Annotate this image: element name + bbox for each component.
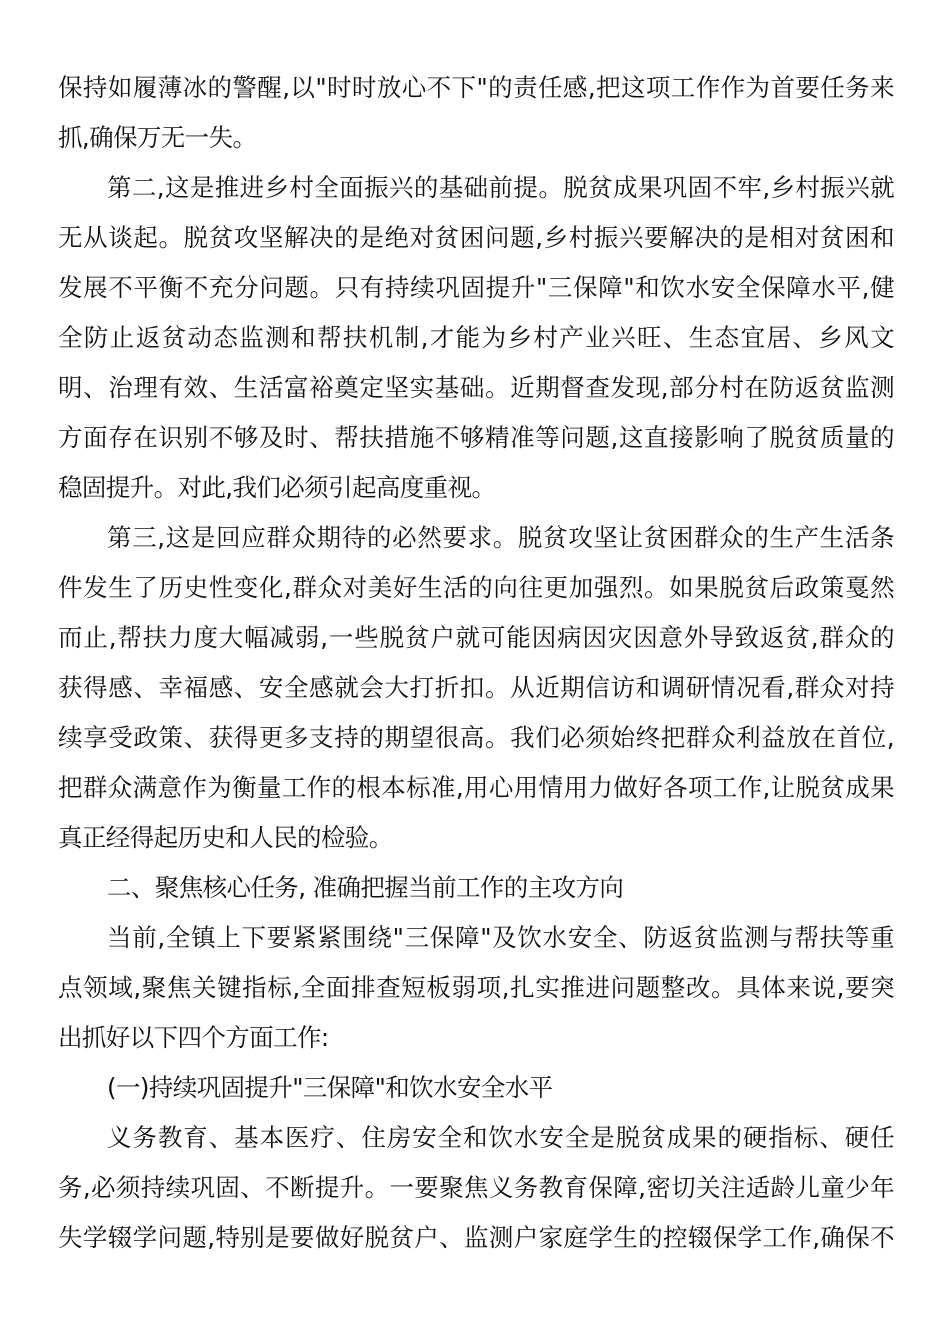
section-heading-2: 二、聚焦核心任务, 准确把握当前工作的主攻方向 xyxy=(58,863,894,913)
text-line: 失学辍学问题,特别是要做好脱贫户、监测户家庭学生的控辍保学工作,确保不 xyxy=(58,1213,894,1263)
text-line: 获得感、幸福感、安全感就会大打折扣。从近期信访和调研情况看,群众对持 xyxy=(58,663,894,713)
text-line: 而止,帮扶力度大幅减弱,一些脱贫户就可能因病因灾因意外导致返贫,群众的 xyxy=(58,613,894,663)
paragraph-third-point: 第三,这是回应群众期待的必然要求。脱贫攻坚让贫困群众的生产生活条 件发生了历史性… xyxy=(58,513,894,863)
subheading-text: (一)持续巩固提升"三保障"和饮水安全水平 xyxy=(58,1063,894,1113)
subheading-1: (一)持续巩固提升"三保障"和饮水安全水平 xyxy=(58,1063,894,1113)
paragraph-continuation: 保持如履薄冰的警醒,以"时时放心不下"的责任感,把这项工作作为首要任务来 抓,确… xyxy=(58,63,894,163)
text-line: 义务教育、基本医疗、住房安全和饮水安全是脱贫成果的硬指标、硬任 xyxy=(58,1113,894,1163)
text-line: 真正经得起历史和人民的检验。 xyxy=(58,813,894,863)
text-line: 续享受政策、获得更多支持的期望很高。我们必须始终把群众利益放在首位, xyxy=(58,713,894,763)
text-line: 务,必须持续巩固、不断提升。一要聚焦义务教育保障,密切关注适龄儿童少年 xyxy=(58,1163,894,1213)
text-line: 把群众满意作为衡量工作的根本标准,用心用情用力做好各项工作,让脱贫成果 xyxy=(58,763,894,813)
text-line: 稳固提升。对此,我们必须引起高度重视。 xyxy=(58,463,894,513)
text-line: 件发生了历史性变化,群众对美好生活的向往更加强烈。如果脱贫后政策戛然 xyxy=(58,563,894,613)
text-line: 抓,确保万无一失。 xyxy=(58,113,894,163)
text-line: 第二,这是推进乡村全面振兴的基础前提。脱贫成果巩固不牢,乡村振兴就 xyxy=(58,163,894,213)
text-line: 发展不平衡不充分问题。只有持续巩固提升"三保障"和饮水安全保障水平,健 xyxy=(58,263,894,313)
paragraph-current-tasks: 当前,全镇上下要紧紧围绕"三保障"及饮水安全、防返贫监测与帮扶等重 点领域,聚焦… xyxy=(58,913,894,1063)
text-line: 明、治理有效、生活富裕奠定坚实基础。近期督查发现,部分村在防返贫监测 xyxy=(58,363,894,413)
text-line: 方面存在识别不够及时、帮扶措施不够精准等问题,这直接影响了脱贫质量的 xyxy=(58,413,894,463)
document-page: 保持如履薄冰的警醒,以"时时放心不下"的责任感,把这项工作作为首要任务来 抓,确… xyxy=(58,63,894,1263)
text-line: 当前,全镇上下要紧紧围绕"三保障"及饮水安全、防返贫监测与帮扶等重 xyxy=(58,913,894,963)
text-line: 出抓好以下四个方面工作: xyxy=(58,1013,894,1063)
text-line: 保持如履薄冰的警醒,以"时时放心不下"的责任感,把这项工作作为首要任务来 xyxy=(58,63,894,113)
text-line: 无从谈起。脱贫攻坚解决的是绝对贫困问题,乡村振兴要解决的是相对贫困和 xyxy=(58,213,894,263)
text-line: 第三,这是回应群众期待的必然要求。脱贫攻坚让贫困群众的生产生活条 xyxy=(58,513,894,563)
text-line: 全防止返贫动态监测和帮扶机制,才能为乡村产业兴旺、生态宜居、乡风文 xyxy=(58,313,894,363)
heading-text: 二、聚焦核心任务, 准确把握当前工作的主攻方向 xyxy=(58,863,894,913)
paragraph-three-guarantees: 义务教育、基本医疗、住房安全和饮水安全是脱贫成果的硬指标、硬任 务,必须持续巩固… xyxy=(58,1113,894,1263)
paragraph-second-point: 第二,这是推进乡村全面振兴的基础前提。脱贫成果巩固不牢,乡村振兴就 无从谈起。脱… xyxy=(58,163,894,513)
text-line: 点领域,聚焦关键指标,全面排查短板弱项,扎实推进问题整改。具体来说,要突 xyxy=(58,963,894,1013)
